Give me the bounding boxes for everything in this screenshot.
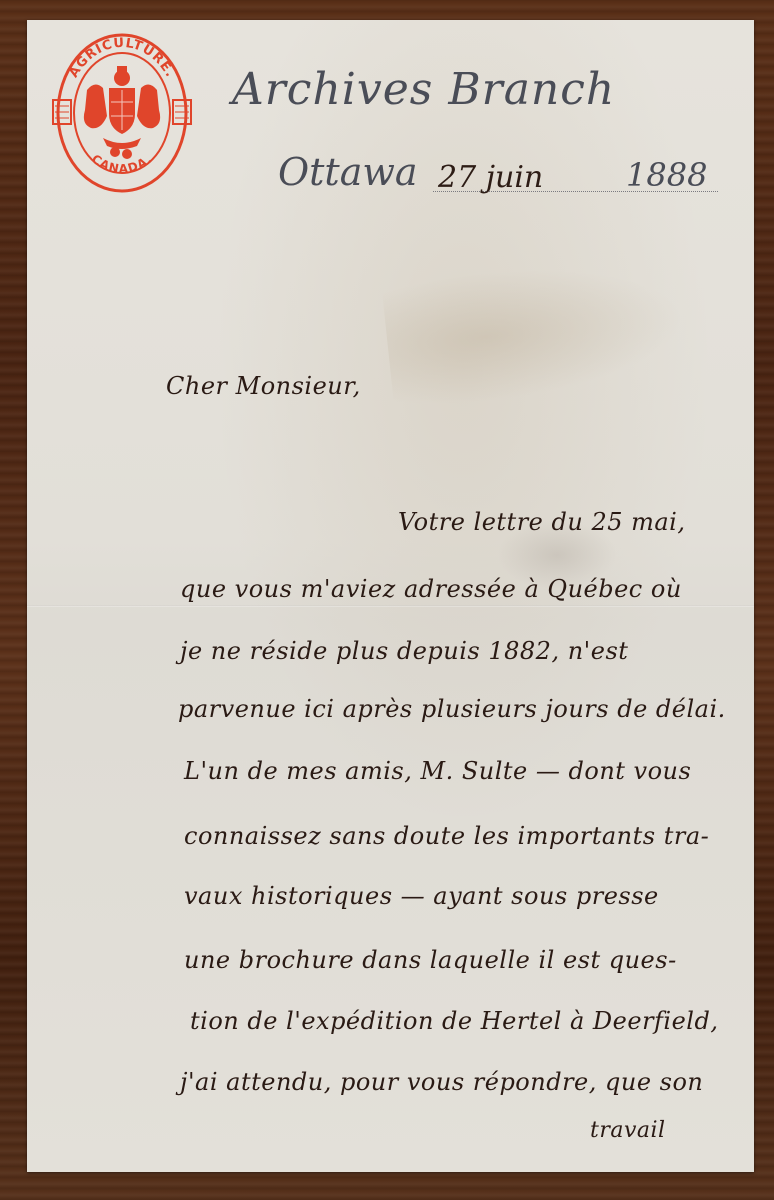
coat-of-arms-icon: AGRICULTURE. CANADA. — [51, 30, 193, 196]
salutation: Cher Monsieur, — [166, 372, 361, 400]
letterhead-city: Ottawa — [278, 150, 418, 194]
water-stain — [380, 238, 724, 422]
letterhead-year: 1888 — [626, 156, 707, 194]
letter-line: j'ai attendu, pour vous répondre, que so… — [180, 1068, 703, 1096]
paper-fold-line — [27, 605, 754, 607]
letter-line: une brochure dans laquelle il est ques- — [184, 946, 677, 974]
letter-line: tion de l'expédition de Hertel à Deerfie… — [190, 1007, 718, 1035]
letter-line: L'un de mes amis, M. Sulte — dont vous — [184, 757, 691, 785]
letter-line: parvenue ici après plusieurs jours de dé… — [178, 695, 726, 723]
letter-line: je ne réside plus depuis 1882, n'est — [180, 637, 628, 665]
dateline: Ottawa 27 juin 1888 — [278, 150, 718, 200]
letter-line: que vous m'aviez adressée à Québec où — [180, 575, 682, 603]
handwritten-date: 27 juin — [438, 160, 543, 195]
svg-text:CANADA.: CANADA. — [89, 152, 155, 176]
letter-line: connaissez sans doute les importants tra… — [184, 822, 709, 850]
letter-line: vaux historiques — ayant sous presse — [184, 882, 659, 910]
letter-line: Votre lettre du 25 mai, — [398, 508, 686, 536]
letterhead-title: Archives Branch — [232, 64, 615, 115]
catchword: travail — [590, 1118, 666, 1143]
